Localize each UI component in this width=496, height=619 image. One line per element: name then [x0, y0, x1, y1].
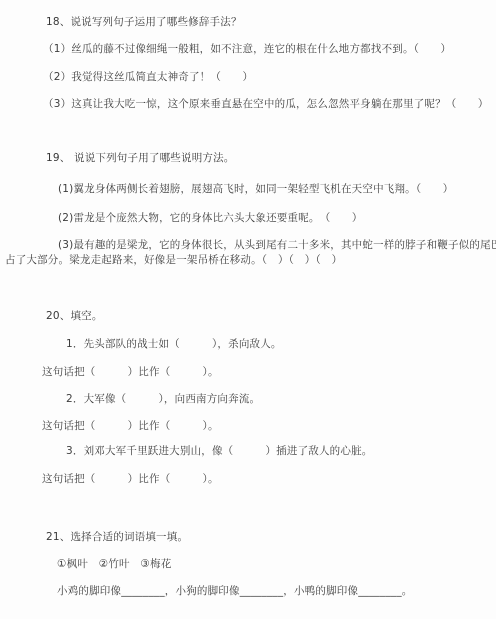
question-20-compare-2: 这句话把（ ）比作（ ）。 — [42, 419, 219, 433]
question-21-fill-line: 小鸡的脚印像________，小狗的脚印像________，小鸭的脚印像____… — [57, 584, 413, 598]
question-21-options: ①枫叶 ②竹叶 ③梅花 — [57, 557, 171, 571]
question-20-compare-1: 这句话把（ ）比作（ ）。 — [42, 365, 219, 379]
question-18-item-2: （2）我觉得这丝瓜简直太神奇了！（ ） — [43, 70, 253, 84]
question-20-title: 20、填空。 — [46, 309, 103, 323]
question-20-blank-2: 2．大军像（ ），向西南方向奔流。 — [66, 392, 260, 406]
question-20-blank-1: 1．先头部队的战士如（ ），杀向敌人。 — [66, 337, 282, 351]
question-18-title: 18、说说写列句子运用了哪些修辞手法？ — [46, 15, 242, 29]
question-21-title: 21、选择合适的词语填一填。 — [46, 530, 188, 544]
question-19-title: 19、 说说下列句子用了哪些说明方法。 — [46, 151, 235, 165]
question-20-compare-3: 这句话把（ ）比作（ ）。 — [42, 472, 219, 486]
question-18-item-3: （3）这真让我大吃一惊，这个原来垂直悬在空中的瓜，怎么忽然平身躺在那里了呢？（ … — [43, 97, 489, 111]
question-19-item-1: (1)翼龙身体两侧长着翅膀，展翅高飞时，如同一架轻型飞机在天空中飞翔。（ ） — [58, 182, 453, 196]
worksheet-page: 18、说说写列句子运用了哪些修辞手法？ （1）丝瓜的藤不过像细绳一般粗，如不注意… — [0, 0, 496, 619]
question-19-item-2: (2)雷龙是个庞然大物，它的身体比六头大象还要重呢。 （ ） — [58, 211, 363, 225]
question-18-item-1: （1）丝瓜的藤不过像细绳一般粗，如不注意，连它的根在什么地方都找不到。（ ） — [43, 42, 451, 56]
question-20-blank-3: 3．刘邓大军千里跃进大别山，像（ ）插进了敌人的心脏。 — [66, 444, 372, 458]
question-19-item-3-line-1: (3)最有趣的是梁龙，它的身体很长，从头到尾有二十多米，其中蛇一样的脖子和鞭子似… — [58, 238, 496, 252]
question-19-item-3-line-2: 占了大部分。梁龙走起路来，好像是一架吊桥在移动。（ ）（ ）（ ） — [5, 253, 342, 267]
